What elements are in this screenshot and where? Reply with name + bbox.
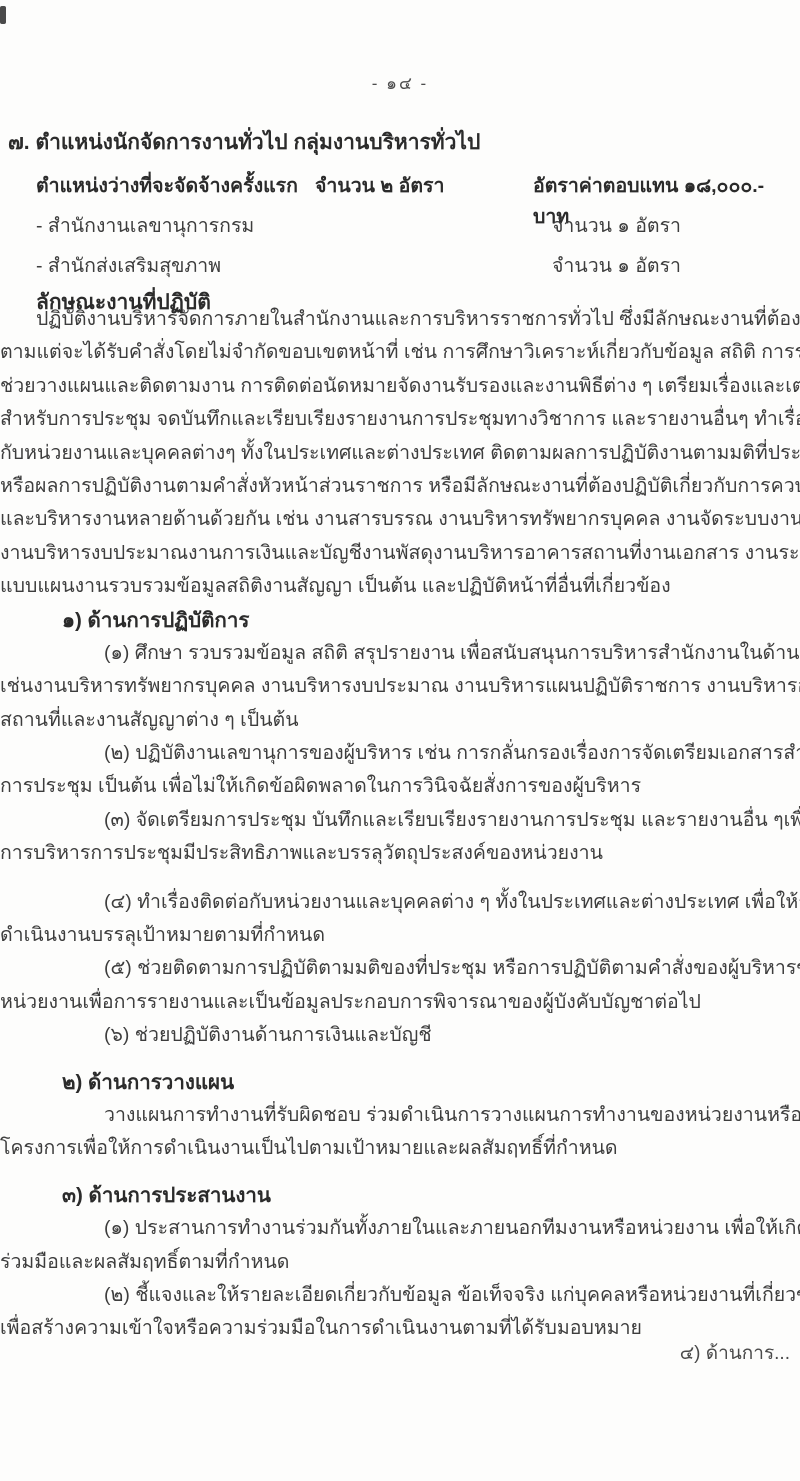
intro-line: กับหน่วยงานและบุคคลต่างๆ ทั้งในประเทศและ… xyxy=(0,437,796,470)
body-line: (๓) จัดเตรียมการประชุม บันทึกและเรียบเรี… xyxy=(0,804,796,837)
body-line: ร่วมมือและผลสัมฤทธิ์ตามที่กำหนด xyxy=(0,1246,796,1279)
unit-count: จำนวน ๑ อัตรา xyxy=(552,210,681,241)
intro-line: ตามแต่จะได้รับคำสั่งโดยไม่จำกัดขอบเขตหน้… xyxy=(0,336,796,369)
intro-line: สำหรับการประชุม จดบันทึกและเรียบเรียงราย… xyxy=(0,403,796,436)
unit-count: จำนวน ๑ อัตรา xyxy=(552,250,681,281)
body-line: เช่นงานบริหารทรัพยากรบุคคล งานบริหารงบปร… xyxy=(0,670,796,703)
page-number: - ๑๔ - xyxy=(0,70,800,97)
body-line: การประชุม เป็นต้น เพื่อไม่ให้เกิดข้อผิดพ… xyxy=(0,770,796,803)
duties-body: ปฏิบัติงานบริหารจัดการภายในสำนักงานและกา… xyxy=(0,303,796,1346)
body-line: (๑) ศึกษา รวบรวมข้อมูล สถิติ สรุปรายงาน … xyxy=(0,637,796,670)
vacancy-count: จำนวน ๒ อัตรา xyxy=(315,170,444,201)
section-title: ๗. ตำแหน่งนักจัดการงานทั่วไป กลุ่มงานบริ… xyxy=(8,126,480,159)
body-line: ดำเนินงานบรรลุเป้าหมายตามที่กำหนด xyxy=(0,919,796,952)
body-line: หน่วยงานเพื่อการรายงานและเป็นข้อมูลประกอ… xyxy=(0,986,796,1019)
intro-line: และบริหารงานหลายด้านด้วยกัน เช่น งานสารบ… xyxy=(0,503,796,536)
body-line: (๑) ประสานการทำงานร่วมกันทั้งภายในและภาย… xyxy=(0,1212,796,1245)
body-line: (๒) ปฏิบัติงานเลขานุการของผู้บริหาร เช่น… xyxy=(0,737,796,770)
subsection-heading: ๒) ด้านการวางแผน xyxy=(0,1066,796,1099)
scan-artifact xyxy=(0,6,6,24)
subsection-heading: ๓) ด้านการประสานงาน xyxy=(0,1179,796,1212)
intro-line: หรือผลการปฏิบัติงานตามคำสั่งหัวหน้าส่วนร… xyxy=(0,470,796,503)
body-line: การบริหารการประชุมมีประสิทธิภาพและบรรลุว… xyxy=(0,837,796,870)
body-line: เพื่อสร้างความเข้าใจหรือความร่วมมือในการ… xyxy=(0,1312,796,1345)
body-line: (๕) ช่วยติดตามการปฏิบัติตามมติของที่ประช… xyxy=(0,952,796,985)
intro-line: งานบริหารงบประมาณงานการเงินและบัญชีงานพั… xyxy=(0,537,796,570)
body-line: (๒) ชี้แจงและให้รายละเอียดเกี่ยวกับข้อมู… xyxy=(0,1279,796,1312)
intro-line: แบบแผนงานรวบรวมข้อมูลสถิติงานสัญญา เป็นต… xyxy=(0,570,796,603)
intro-line: ปฏิบัติงานบริหารจัดการภายในสำนักงานและกา… xyxy=(0,303,796,336)
body-line: โครงการเพื่อให้การดำเนินงานเป็นไปตามเป้า… xyxy=(0,1132,796,1165)
subsection-heading: ๑) ด้านการปฏิบัติการ xyxy=(0,604,796,637)
vacancy-label: ตำแหน่งว่างที่จะจัดจ้างครั้งแรก xyxy=(36,170,298,201)
vacancy-row: ตำแหน่งว่างที่จะจัดจ้างครั้งแรก จำนวน ๒ … xyxy=(0,170,800,200)
intro-line: ช่วยวางแผนและติดตามงาน การติดต่อนัดหมายจ… xyxy=(0,370,796,403)
body-line: (๔) ทำเรื่องติดต่อกับหน่วยงานและบุคคลต่า… xyxy=(0,886,796,919)
unit-row: - สำนักส่งเสริมสุขภาพ จำนวน ๑ อัตรา xyxy=(0,250,800,280)
unit-name: - สำนักส่งเสริมสุขภาพ xyxy=(36,250,221,281)
body-line: วางแผนการทำงานที่รับผิดชอบ ร่วมดำเนินการ… xyxy=(0,1099,796,1132)
body-line: สถานที่และงานสัญญาต่าง ๆ เป็นต้น xyxy=(0,704,796,737)
page-continuation-note: ๔) ด้านการ... xyxy=(680,1338,790,1368)
document-page: - ๑๔ - ๗. ตำแหน่งนักจัดการงานทั่วไป กลุ่… xyxy=(0,0,800,1481)
unit-row: - สำนักงานเลขานุการกรม จำนวน ๑ อัตรา xyxy=(0,210,800,240)
body-line: (๖) ช่วยปฏิบัติงานด้านการเงินและบัญชี xyxy=(0,1019,796,1052)
unit-name: - สำนักงานเลขานุการกรม xyxy=(36,210,254,241)
